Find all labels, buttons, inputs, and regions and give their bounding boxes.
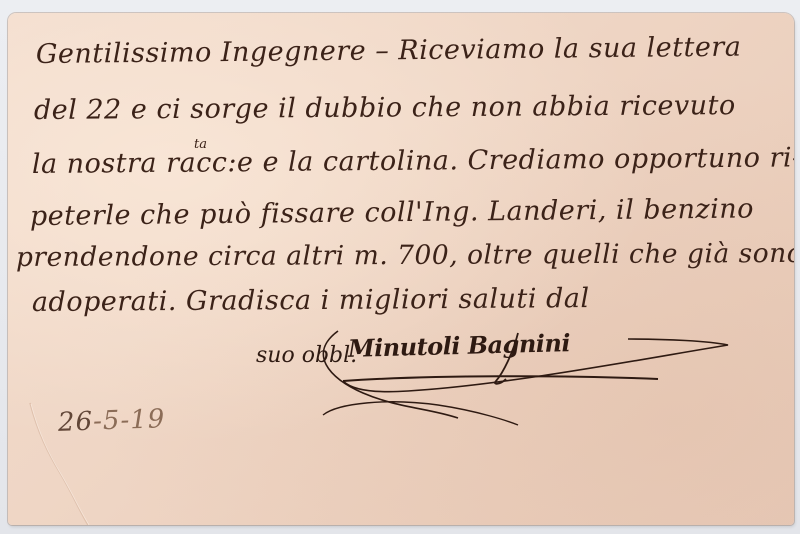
date-month-year: -5-19 xyxy=(93,404,166,437)
signature: Minutoli Bagnini xyxy=(348,328,571,363)
letter-line-6: adoperati. Gradisca i migliori saluti da… xyxy=(32,285,590,316)
letter-line-4: peterle che può fissare coll'Ing. Lander… xyxy=(30,195,754,230)
letter-line-3: la nostra racc:e e la cartolina. Crediam… xyxy=(32,144,794,178)
letter-line-5: prendendone circa altri m. 700, oltre qu… xyxy=(16,241,794,272)
date-day: 26 xyxy=(58,407,94,438)
letter-line-2: del 22 e ci sorge il dubbio che non abbi… xyxy=(34,92,736,124)
closing-text: suo obbl. xyxy=(256,343,357,368)
scan-background: Gentilissimo Ingegnere – Riceviamo la su… xyxy=(0,0,800,534)
letter-line-1: Gentilissimo Ingegnere – Riceviamo la su… xyxy=(36,34,742,68)
postcard: Gentilissimo Ingegnere – Riceviamo la su… xyxy=(8,13,794,525)
pencil-date-annotation: 26-5-19 xyxy=(58,404,166,438)
